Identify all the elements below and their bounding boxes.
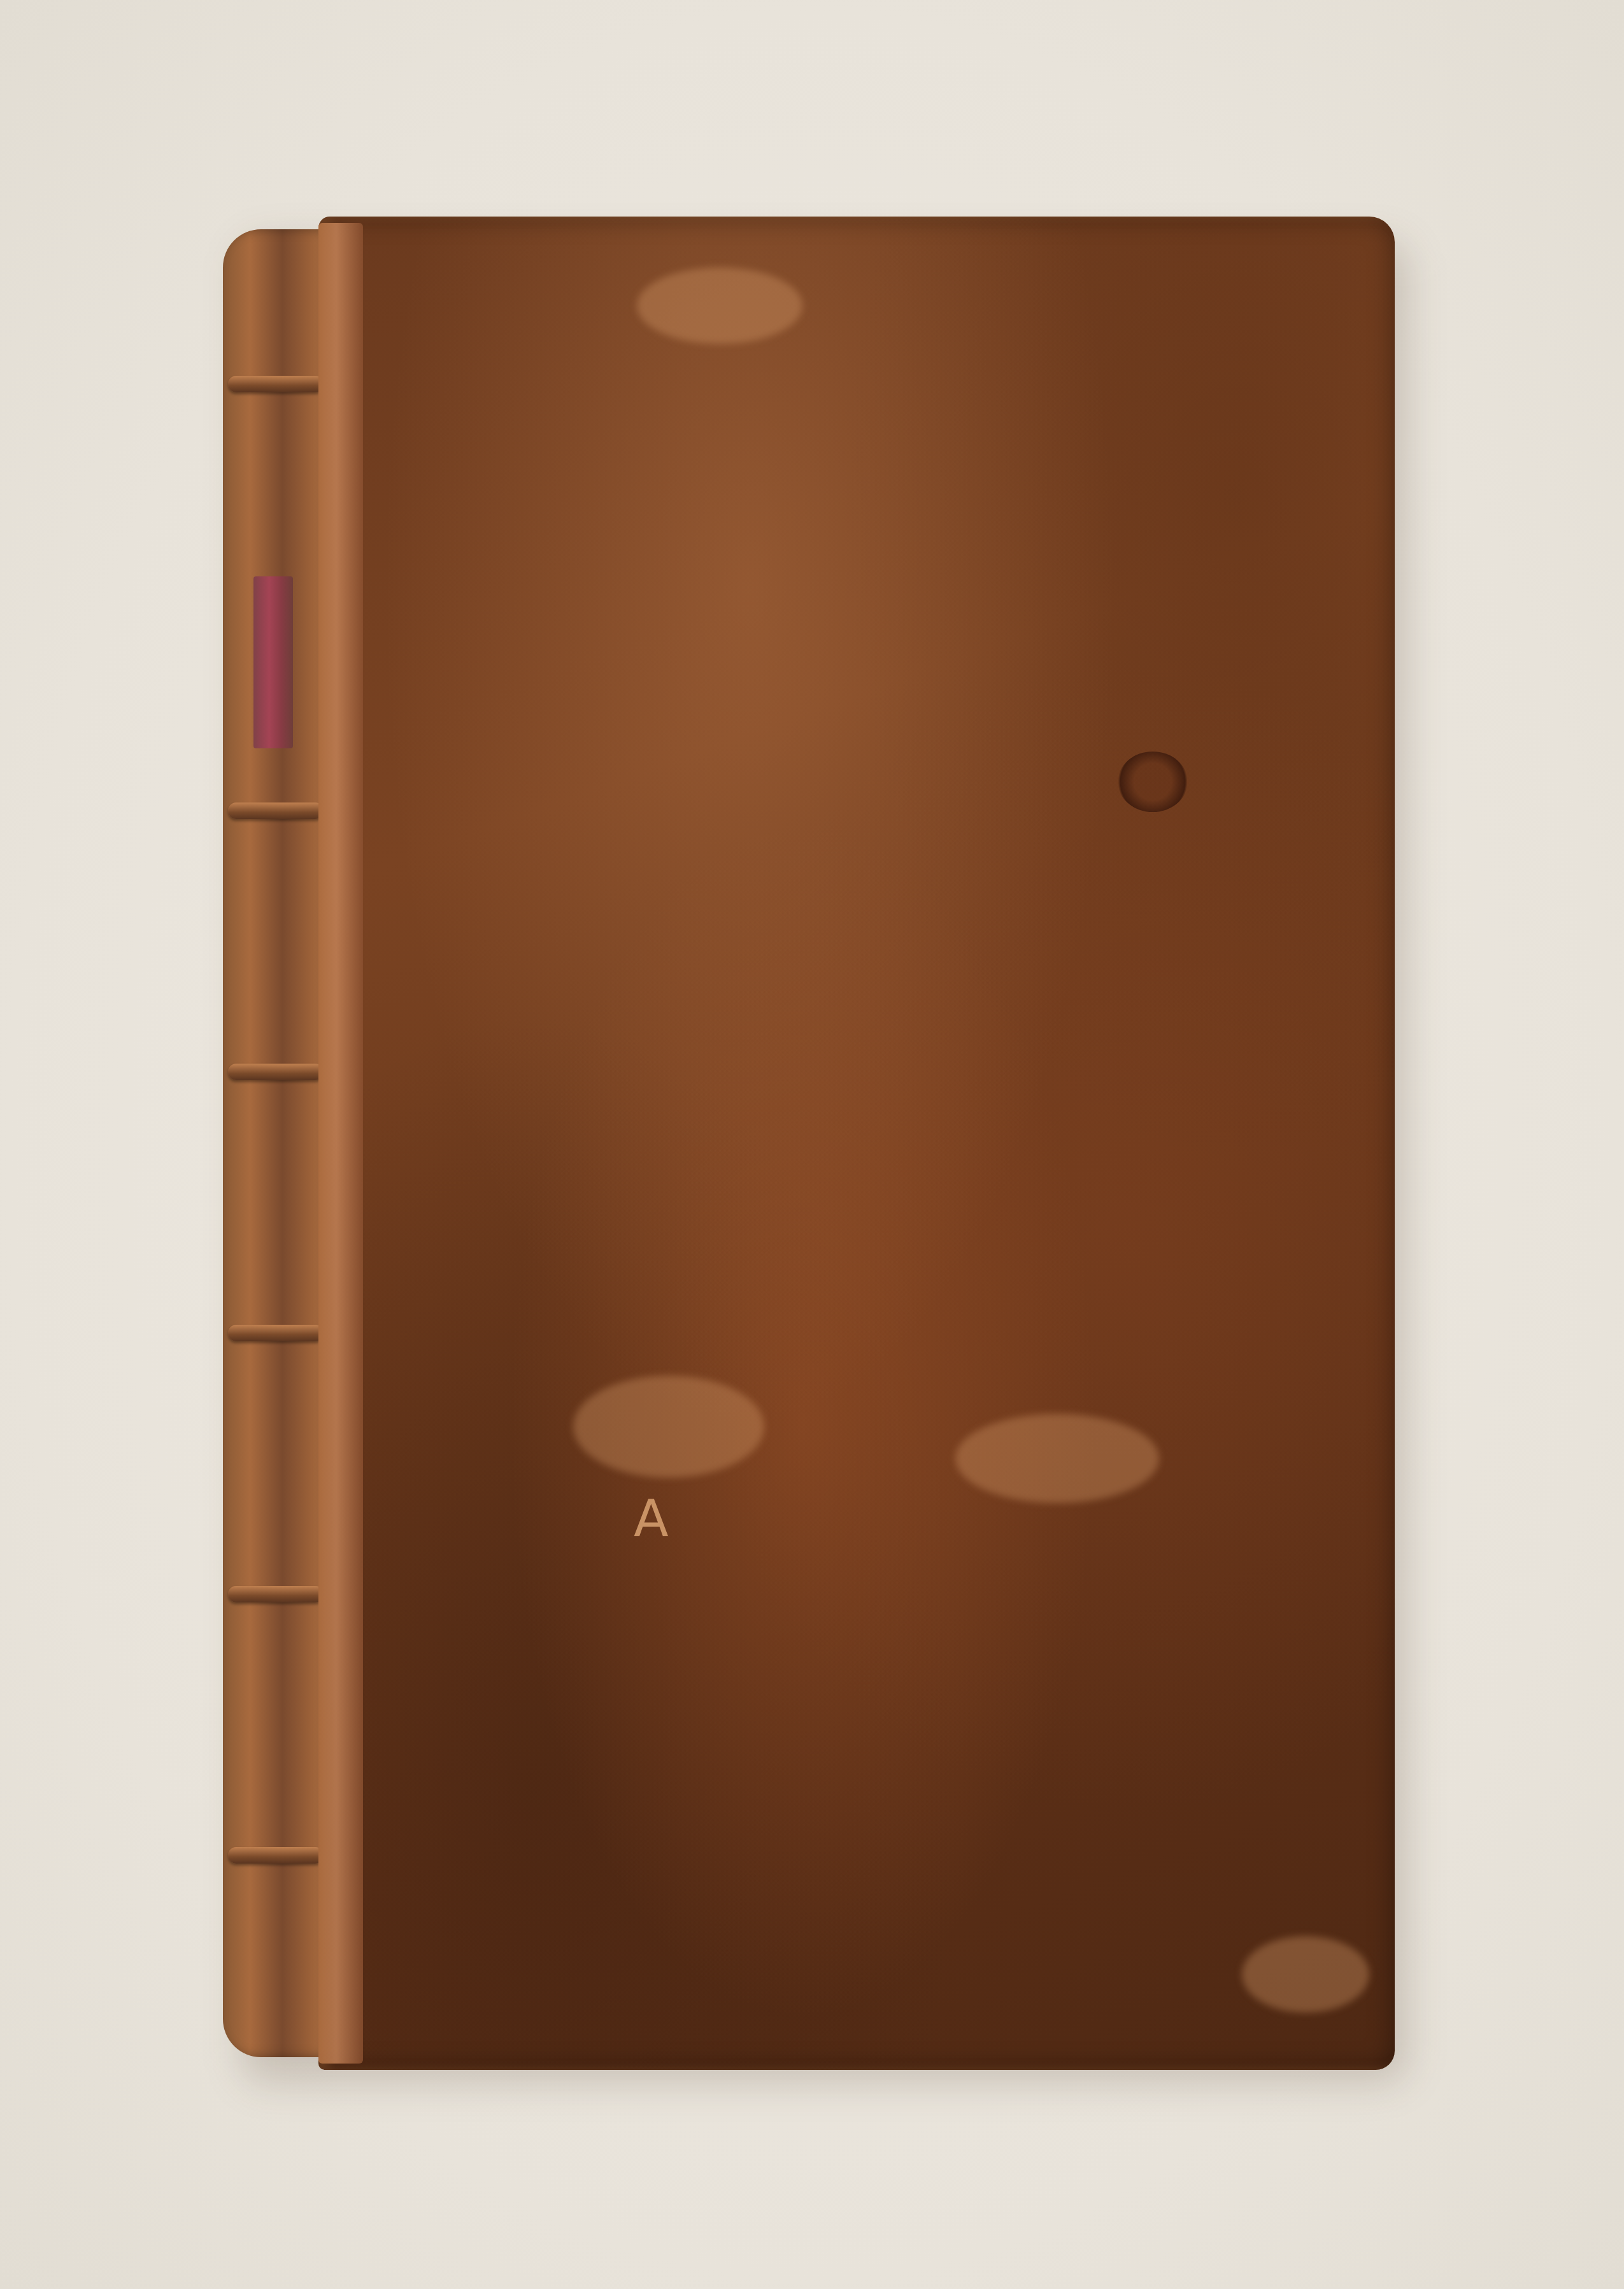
spine-label [253, 576, 293, 748]
spine-band [228, 1847, 324, 1864]
scuff-mark [573, 1376, 764, 1478]
circular-stain [1118, 752, 1188, 812]
scratched-initial: A [634, 1490, 678, 1548]
spine-band [228, 376, 324, 392]
front-cover [318, 217, 1395, 2070]
spine-band [228, 1586, 324, 1602]
cover-hinge [318, 223, 363, 2064]
spine-band [228, 1325, 324, 1341]
leather-book: A [223, 217, 1395, 2070]
spine-band [228, 1064, 324, 1080]
scuff-mark [1242, 1936, 1369, 2013]
scuff-mark [637, 267, 802, 344]
spine-band [228, 802, 324, 819]
book-spine [223, 229, 331, 2057]
scuff-mark [955, 1414, 1159, 1503]
